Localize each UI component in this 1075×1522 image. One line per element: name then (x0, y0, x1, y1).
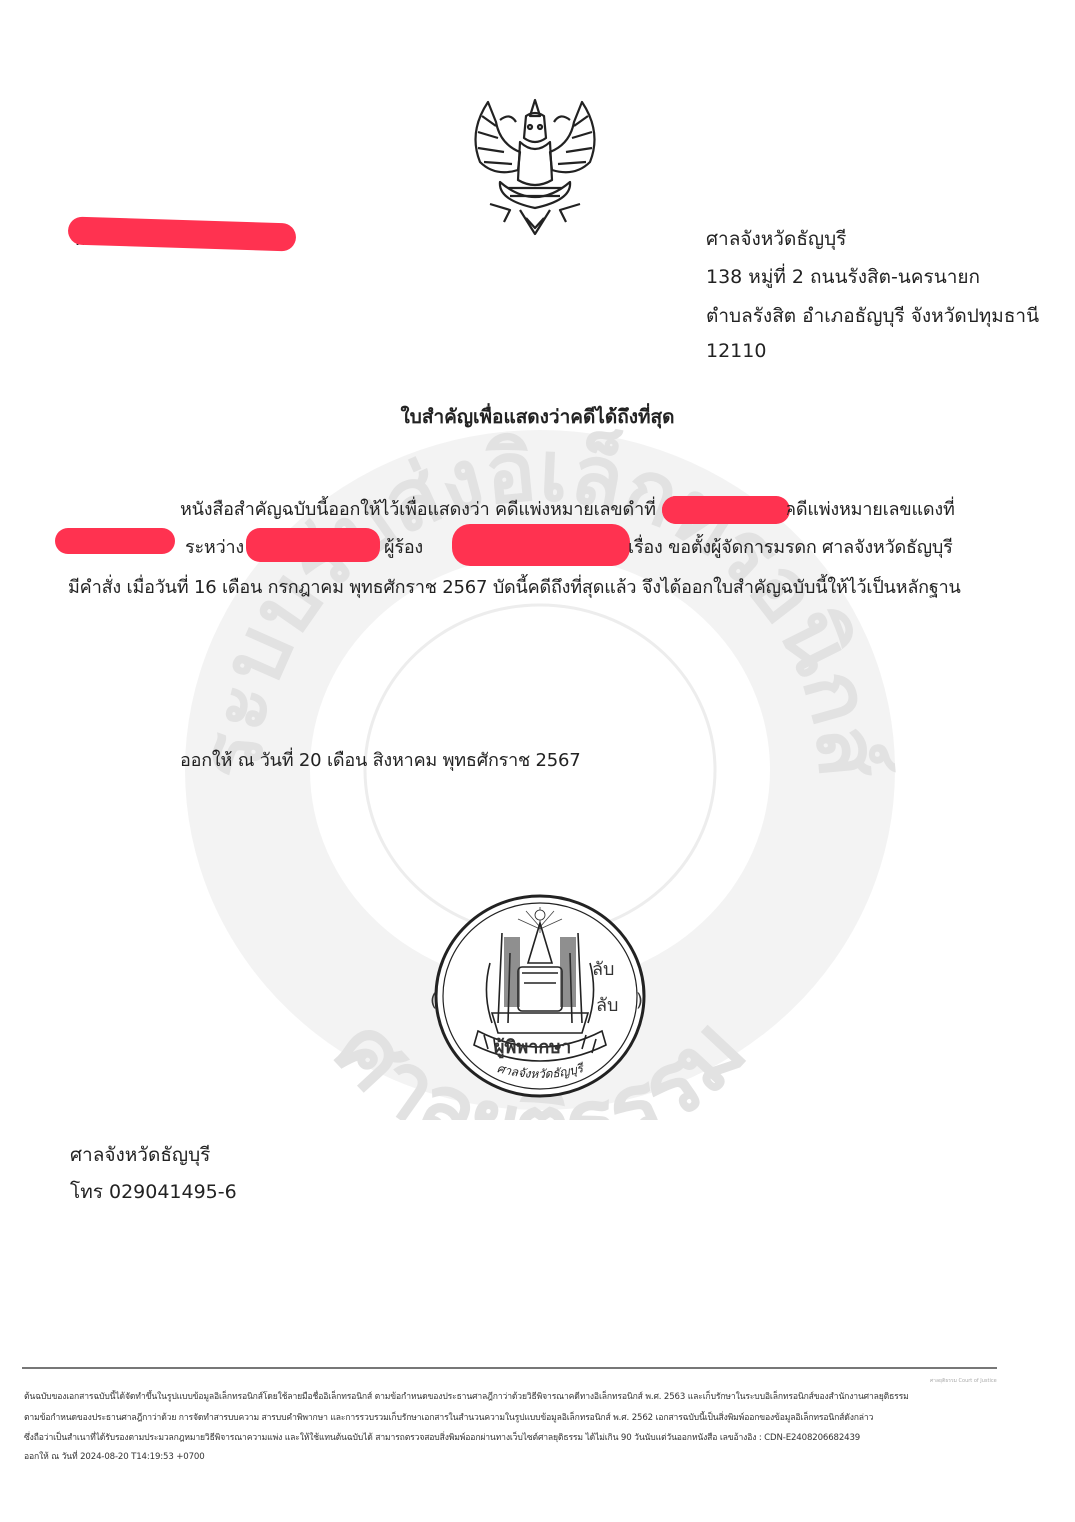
body-text: คดีแพ่งหมายเลขแดงที่ (770, 494, 955, 523)
footer-note-line: ตามข้อกำหนดของประธานศาลฎีกาว่าด้วย การจั… (24, 1412, 873, 1424)
body-text: เรื่อง ขอตั้งผู้จัดการมรดก ศาลจังหวัดธัญ… (628, 532, 953, 561)
body-text: ระหว่าง (185, 532, 244, 561)
redaction-mark (662, 496, 788, 524)
redaction-mark (246, 528, 380, 562)
address-line: 138 หมู่ที่ 2 ถนนรังสิต-นครนายก (706, 262, 980, 292)
signature-bracket-open: ( (430, 990, 437, 1011)
body-text: มีคำสั่ง เมื่อวันที่ 16 เดือน กรกฎาคม พุ… (68, 572, 961, 601)
contact-phone: โทร 029041495-6 (70, 1180, 237, 1204)
address-line: ตำบลรังสิต อำเภอธัญบุรี จังหวัดปทุมธานี (706, 301, 1039, 331)
court-name: ศาลจังหวัดธัญบุรี (706, 224, 846, 254)
signature-name-line: ลับ (596, 990, 618, 1019)
body-text: ผู้ร้อง (384, 532, 423, 561)
document-title: ใบสำคัญเพื่อแสดงว่าคดีได้ถึงที่สุด (0, 402, 1075, 432)
svg-text:ระบบรับส่งอิเล็กทรอนิกส์: ระบบรับส่งอิเล็กทรอนิกส์ (181, 421, 899, 782)
signature-position: ผู้พิพากษา (494, 1032, 571, 1061)
footer-brand: ศาลยุติธรรม Court of Justice (930, 1377, 997, 1385)
body-text-fragment: คดีแพ่งหมายเลขแดงที่ (784, 499, 955, 520)
garuda-emblem-icon (460, 92, 610, 242)
footer-note-line: ต้นฉบับของเอกสารฉบับนี้ได้จัดทำขึ้นในรูป… (24, 1391, 909, 1403)
redaction-mark (452, 524, 630, 566)
contact-court-name: ศาลจังหวัดธัญบุรี (70, 1143, 210, 1167)
issued-date: ออกให้ ณ วันที่ 20 เดือน สิงหาคม พุทธศัก… (180, 745, 581, 774)
redaction-mark (55, 528, 175, 554)
footer-divider (22, 1367, 997, 1369)
body-text: หนังสือสำคัญฉบับนี้ออกให้ไว้เพื่อแสดงว่า… (180, 494, 656, 523)
postal-code: 12110 (706, 340, 766, 362)
signature-bracket-close: ) (636, 990, 643, 1011)
footer-timestamp: ออกให้ ณ วันที่ 2024-08-20 T14:19:53 +07… (24, 1451, 205, 1463)
footer-note-line: ซึ่งถือว่าเป็นสำเนาที่ได้รับรองตามประมวล… (24, 1432, 860, 1444)
signature-name-line: ลับ (592, 954, 614, 983)
